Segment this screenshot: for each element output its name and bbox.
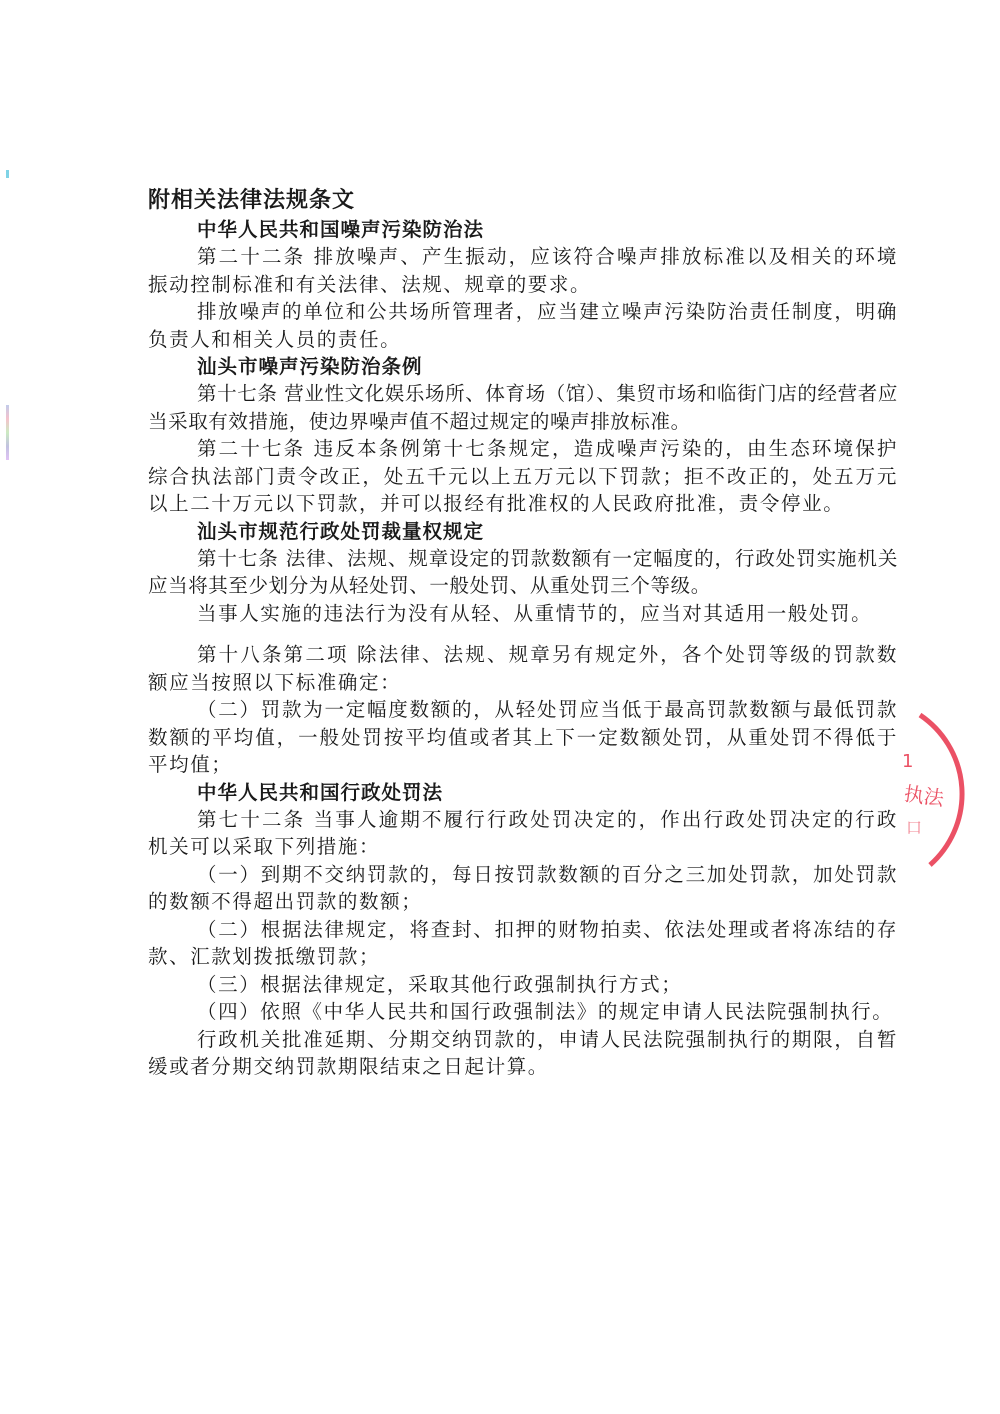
law-title: 中华人民共和国噪声污染防治法 (148, 216, 898, 243)
article-paragraph: 第七十二条 当事人逾期不履行行政处罚决定的，作出行政处罚决定的行政机关可以采取下… (148, 806, 898, 861)
svg-text:1: 1 (902, 751, 913, 772)
law-section-administrative-penalty-law: 中华人民共和国行政处罚法 第七十二条 当事人逾期不履行行政处罚决定的，作出行政处… (148, 779, 898, 1081)
document-body: 附相关法律法规条文 中华人民共和国噪声污染防治法 第二十二条 排放噪声、产生振动… (148, 186, 898, 1081)
article-paragraph: 当事人实施的违法行为没有从轻、从重情节的，应当对其适用一般处罚。 (148, 600, 898, 628)
article-item: （二）根据法律规定，将查封、扣押的财物拍卖、依法处理或者将冻结的存款、汇款划拨抵… (148, 916, 898, 971)
article-item: （一）到期不交纳罚款的，每日按罚款数额的百分之三加处罚款，加处罚款的数额不得超出… (148, 861, 898, 916)
article-paragraph: 排放噪声的单位和公共场所管理者，应当建立噪声污染防治责任制度，明确负责人和相关人… (148, 298, 898, 353)
law-title: 中华人民共和国行政处罚法 (148, 779, 898, 806)
article-paragraph: 第十八条第二项 除法律、法规、规章另有规定外，各个处罚等级的罚款数额应当按照以下… (148, 641, 898, 696)
spacer (148, 627, 898, 641)
article-paragraph: 第十七条 法律、法规、规章设定的罚款数额有一定幅度的，行政处罚实施机关应当将其至… (148, 545, 898, 600)
law-title: 汕头市噪声污染防治条例 (148, 353, 898, 380)
law-section-shantou-discretion-rules: 汕头市规范行政处罚裁量权规定 第十七条 法律、法规、规章设定的罚款数额有一定幅度… (148, 518, 898, 779)
seal-icon: 1 执法 口 (890, 705, 1000, 875)
article-paragraph: 第二十二条 排放噪声、产生振动，应该符合噪声排放标准以及相关的环境振动控制标准和… (148, 243, 898, 298)
scan-artifact (6, 170, 9, 178)
article-paragraph: 第二十七条 违反本条例第十七条规定，造成噪声污染的，由生态环境保护综合执法部门责… (148, 435, 898, 518)
article-paragraph: 第十七条 营业性文化娱乐场所、体育场（馆）、集贸市场和临街门店的经营者应当采取有… (148, 380, 898, 435)
law-section-noise-prevention-law: 中华人民共和国噪声污染防治法 第二十二条 排放噪声、产生振动，应该符合噪声排放标… (148, 216, 898, 353)
law-title: 汕头市规范行政处罚裁量权规定 (148, 518, 898, 545)
document-page: 附相关法律法规条文 中华人民共和国噪声污染防治法 第二十二条 排放噪声、产生振动… (0, 0, 1000, 1414)
official-seal-stamp: 1 执法 口 (890, 705, 1000, 875)
scan-artifact (6, 405, 9, 460)
article-paragraph: 行政机关批准延期、分期交纳罚款的，申请人民法院强制执行的期限，自暂缓或者分期交纳… (148, 1026, 898, 1081)
svg-text:口: 口 (906, 818, 922, 837)
document-title: 附相关法律法规条文 (148, 186, 898, 216)
article-item: （三）根据法律规定，采取其他行政强制执行方式； (148, 971, 898, 999)
article-item: （四）依照《中华人民共和国行政强制法》的规定申请人民法院强制执行。 (148, 998, 898, 1026)
article-item: （二）罚款为一定幅度数额的，从轻处罚应当低于最高罚款数额与最低罚款数额的平均值，… (148, 696, 898, 779)
law-section-shantou-noise-regulation: 汕头市噪声污染防治条例 第十七条 营业性文化娱乐场所、体育场（馆）、集贸市场和临… (148, 353, 898, 518)
svg-text:执法: 执法 (903, 781, 947, 810)
